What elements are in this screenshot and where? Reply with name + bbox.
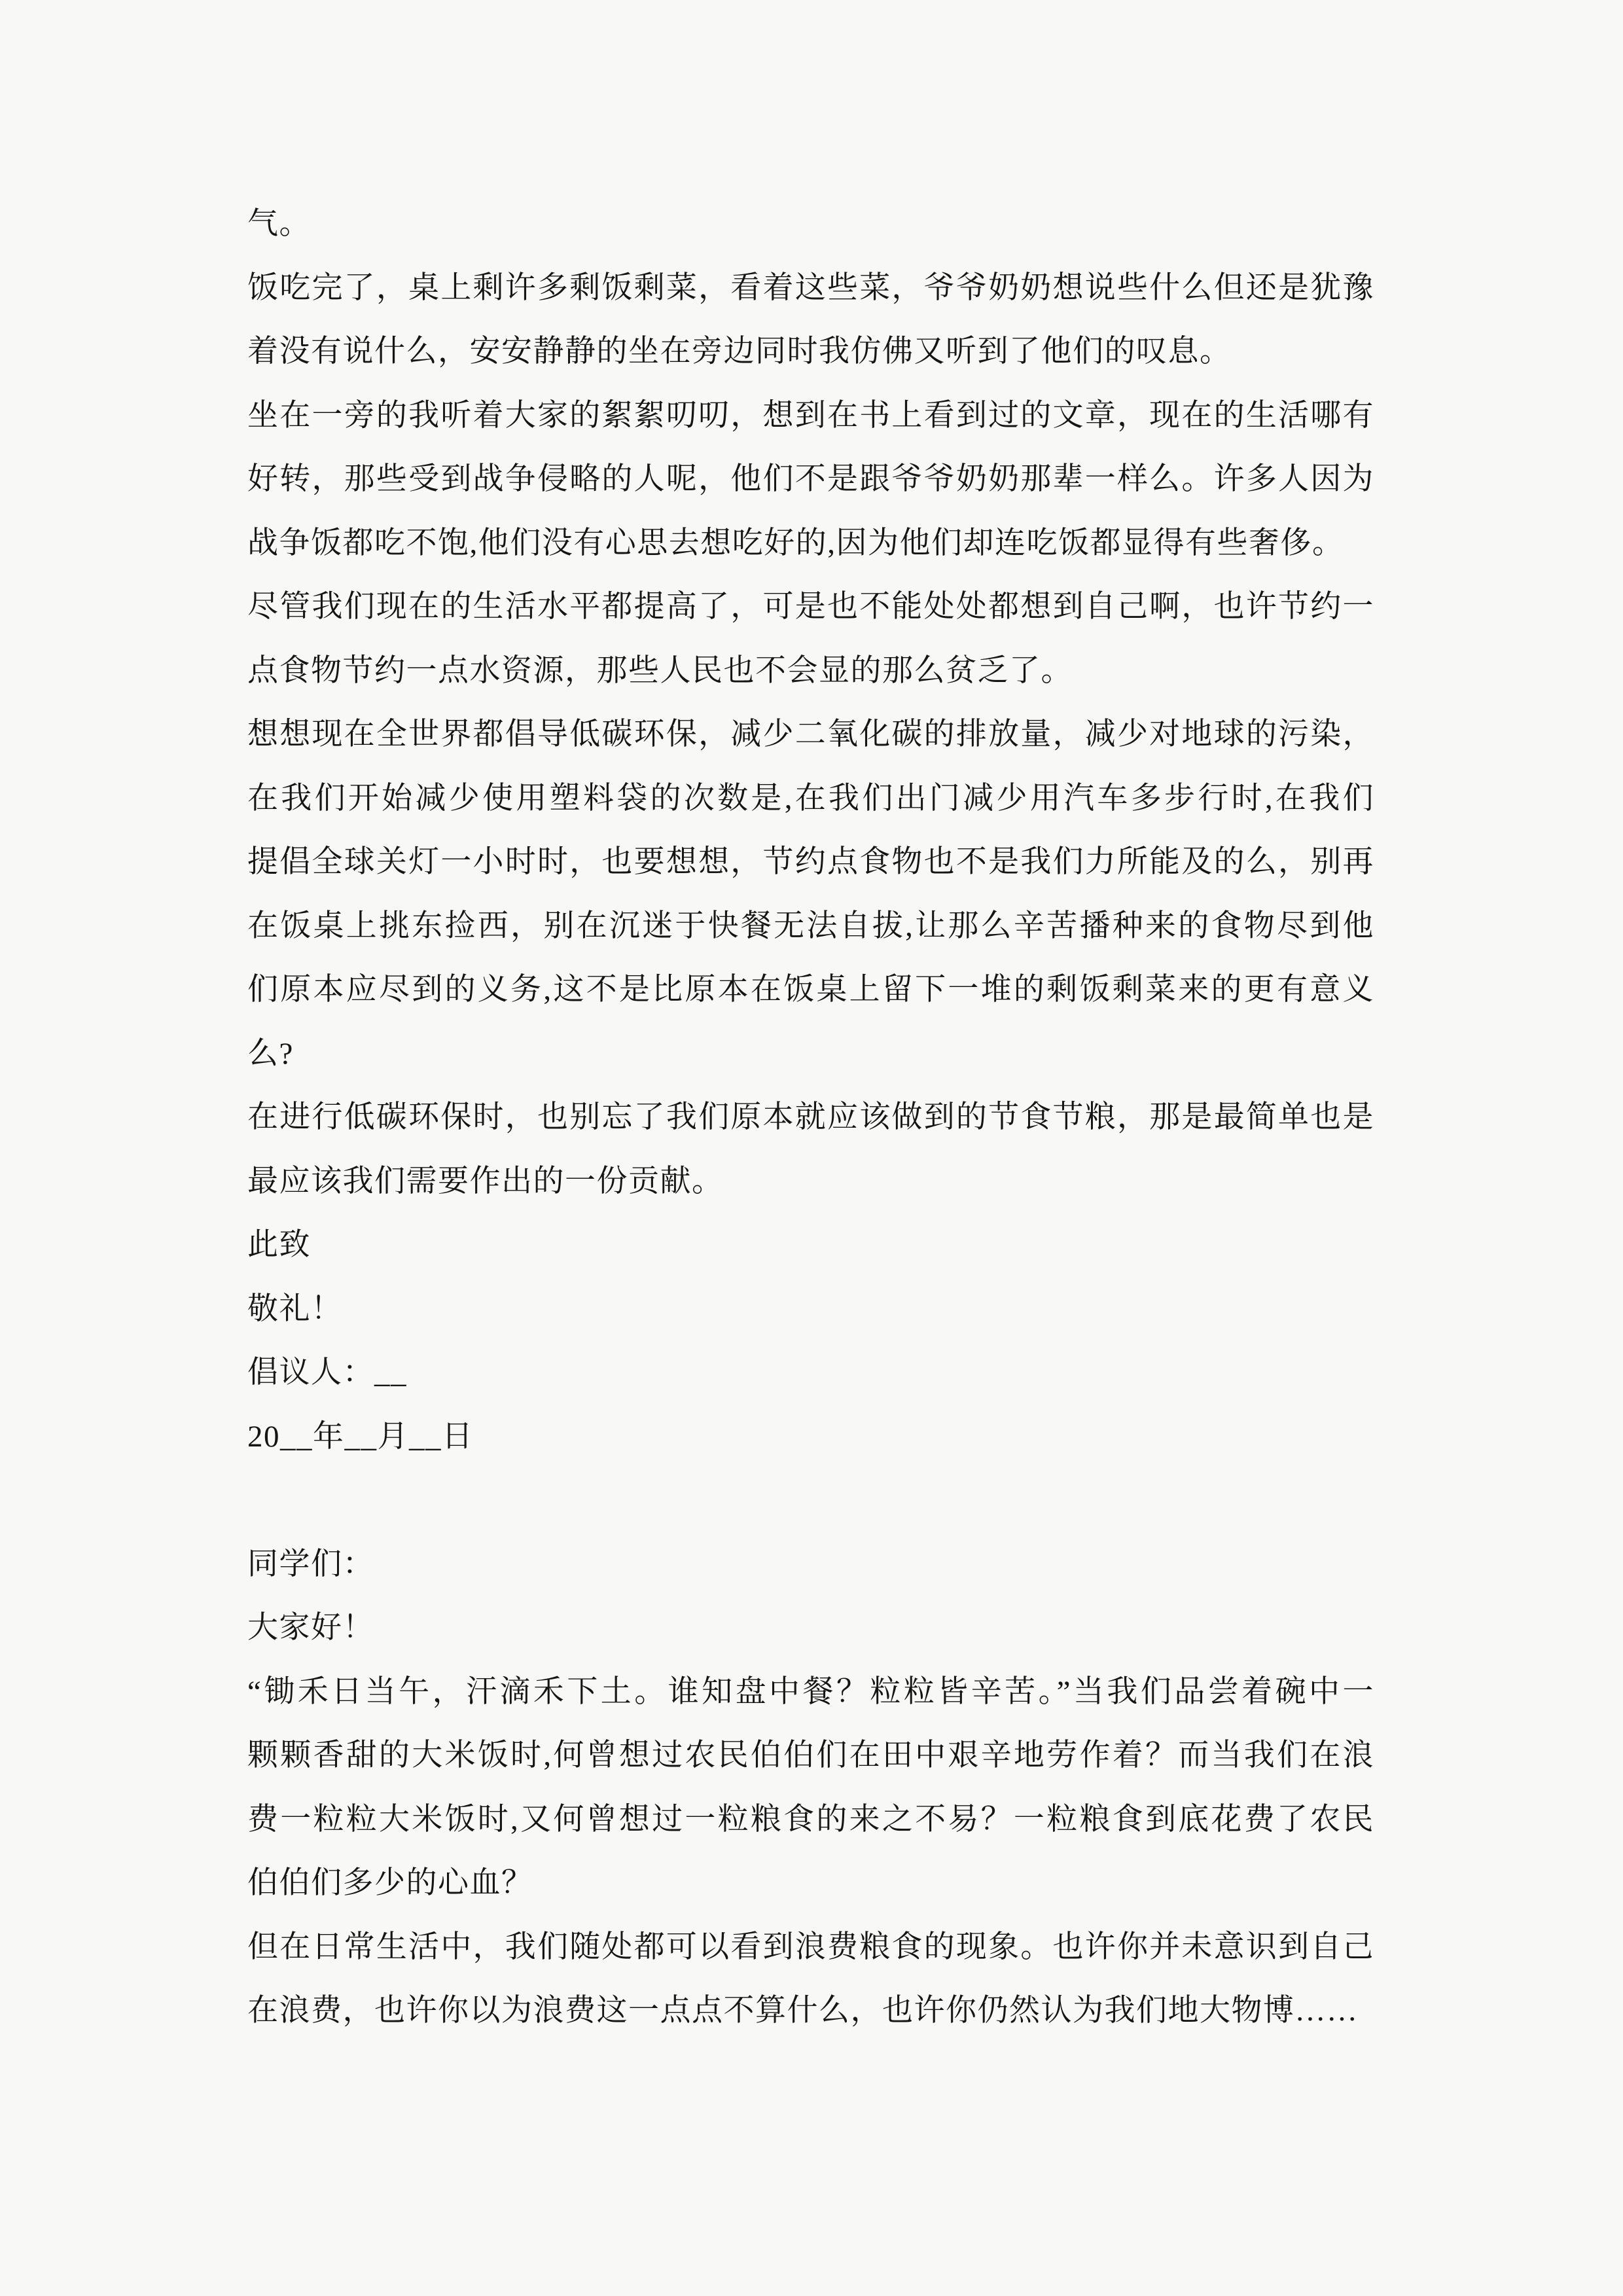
- text-line: 敬礼！: [247, 1278, 1374, 1342]
- text-line: 但在日常生活中，我们随处都可以看到浪费粮食的现象。也许你并未意识到自己: [247, 1916, 1374, 1980]
- letter-document: 气。饭吃完了，桌上剩许多剩饭剩菜，看着这些菜，爷爷奶奶想说些什么但还是犹豫着没有…: [247, 192, 1374, 2043]
- text-line: 最应该我们需要作出的一份贡献。: [247, 1150, 1374, 1214]
- text-line: 点食物节约一点水资源，那些人民也不会显的那么贫乏了。: [247, 639, 1374, 704]
- text-line: 提倡全球关灯一小时时，也要想想，节约点食物也不是我们力所能及的么，别再: [247, 831, 1374, 895]
- text-line: 想想现在全世界都倡导低碳环保，减少二氧化碳的排放量，减少对地球的污染，: [247, 703, 1374, 767]
- text-line: 饭吃完了，桌上剩许多剩饭剩菜，看着这些菜，爷爷奶奶想说些什么但还是犹豫: [247, 257, 1374, 321]
- text-line: 同学们：: [247, 1533, 1374, 1597]
- text-line: 气。: [247, 192, 1374, 257]
- text-line: 伯伯们多少的心血？: [247, 1852, 1374, 1916]
- text-line: 战争饭都吃不饱,他们没有心思去想吃好的,因为他们却连吃饭都显得有些奢侈。: [247, 512, 1374, 576]
- page: { "page": { "background": "#f8f8f6", "te…: [0, 0, 1623, 2296]
- text-line: 在进行低碳环保时，也别忘了我们原本就应该做到的节食节粮，那是最简单也是: [247, 1086, 1374, 1150]
- text-line: 么?: [247, 1022, 1374, 1086]
- text-line: 倡议人：__: [247, 1341, 1374, 1405]
- text-line: 好转，那些受到战争侵略的人呢，他们不是跟爷爷奶奶那辈一样么。许多人因为: [247, 448, 1374, 512]
- text-line: 20__年__月__日: [247, 1405, 1374, 1469]
- text-line: 在饭桌上挑东捡西，别在沉迷于快餐无法自拔,让那么辛苦播种来的食物尽到他: [247, 895, 1374, 959]
- text-line: 在我们开始减少使用塑料袋的次数是,在我们出门减少用汽车多步行时,在我们: [247, 767, 1374, 831]
- text-line: 此致: [247, 1213, 1374, 1278]
- text-line: 费一粒粒大米饭时,又何曾想过一粒粮食的来之不易？一粒粮食到底花费了农民: [247, 1788, 1374, 1852]
- text-line: 大家好！: [247, 1596, 1374, 1660]
- text-line: 们原本应尽到的义务,这不是比原本在饭桌上留下一堆的剩饭剩菜来的更有意义: [247, 958, 1374, 1022]
- blank-line: [247, 1469, 1374, 1533]
- text-line: 颗颗香甜的大米饭时,何曾想过农民伯伯们在田中艰辛地劳作着？而当我们在浪: [247, 1724, 1374, 1788]
- text-line: 坐在一旁的我听着大家的絮絮叨叨，想到在书上看到过的文章，现在的生活哪有: [247, 384, 1374, 448]
- text-line: 着没有说什么，安安静静的坐在旁边同时我仿佛又听到了他们的叹息。: [247, 320, 1374, 384]
- text-line: “锄禾日当午，汗滴禾下土。谁知盘中餐？粒粒皆辛苦。”当我们品尝着碗中一: [247, 1660, 1374, 1725]
- text-line: 在浪费，也许你以为浪费这一点点不算什么，也许你仍然认为我们地大物博……: [247, 1979, 1374, 2043]
- text-line: 尽管我们现在的生活水平都提高了，可是也不能处处都想到自己啊，也许节约一: [247, 575, 1374, 639]
